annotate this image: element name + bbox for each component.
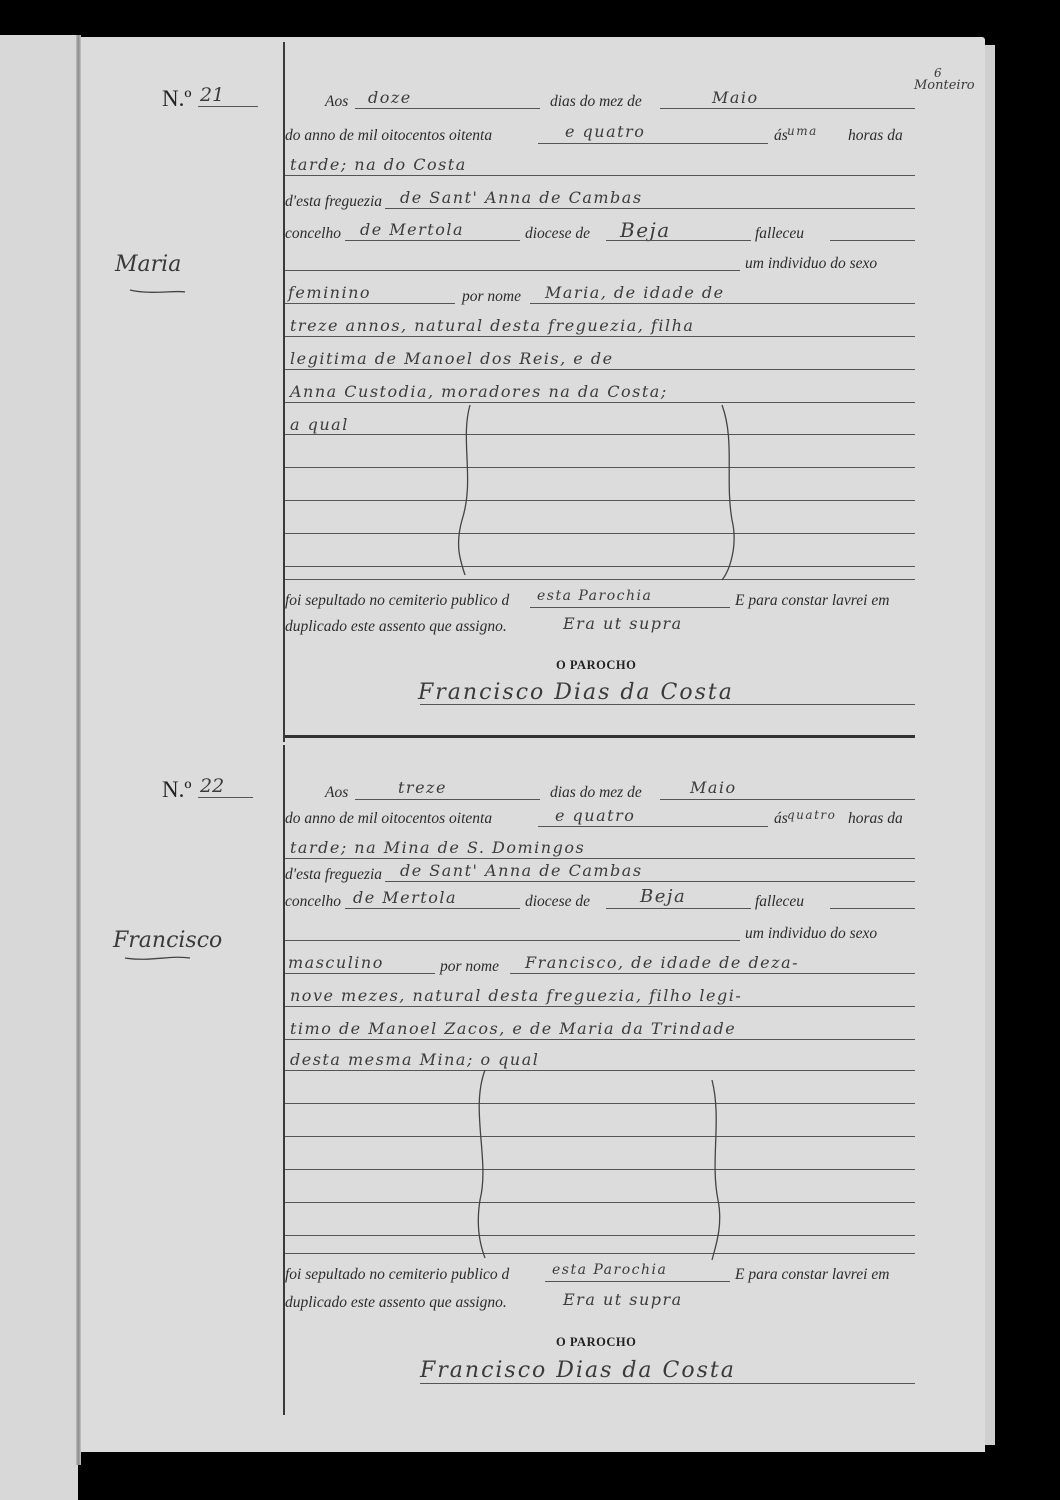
blank-fill-strokes [0, 0, 1060, 1500]
